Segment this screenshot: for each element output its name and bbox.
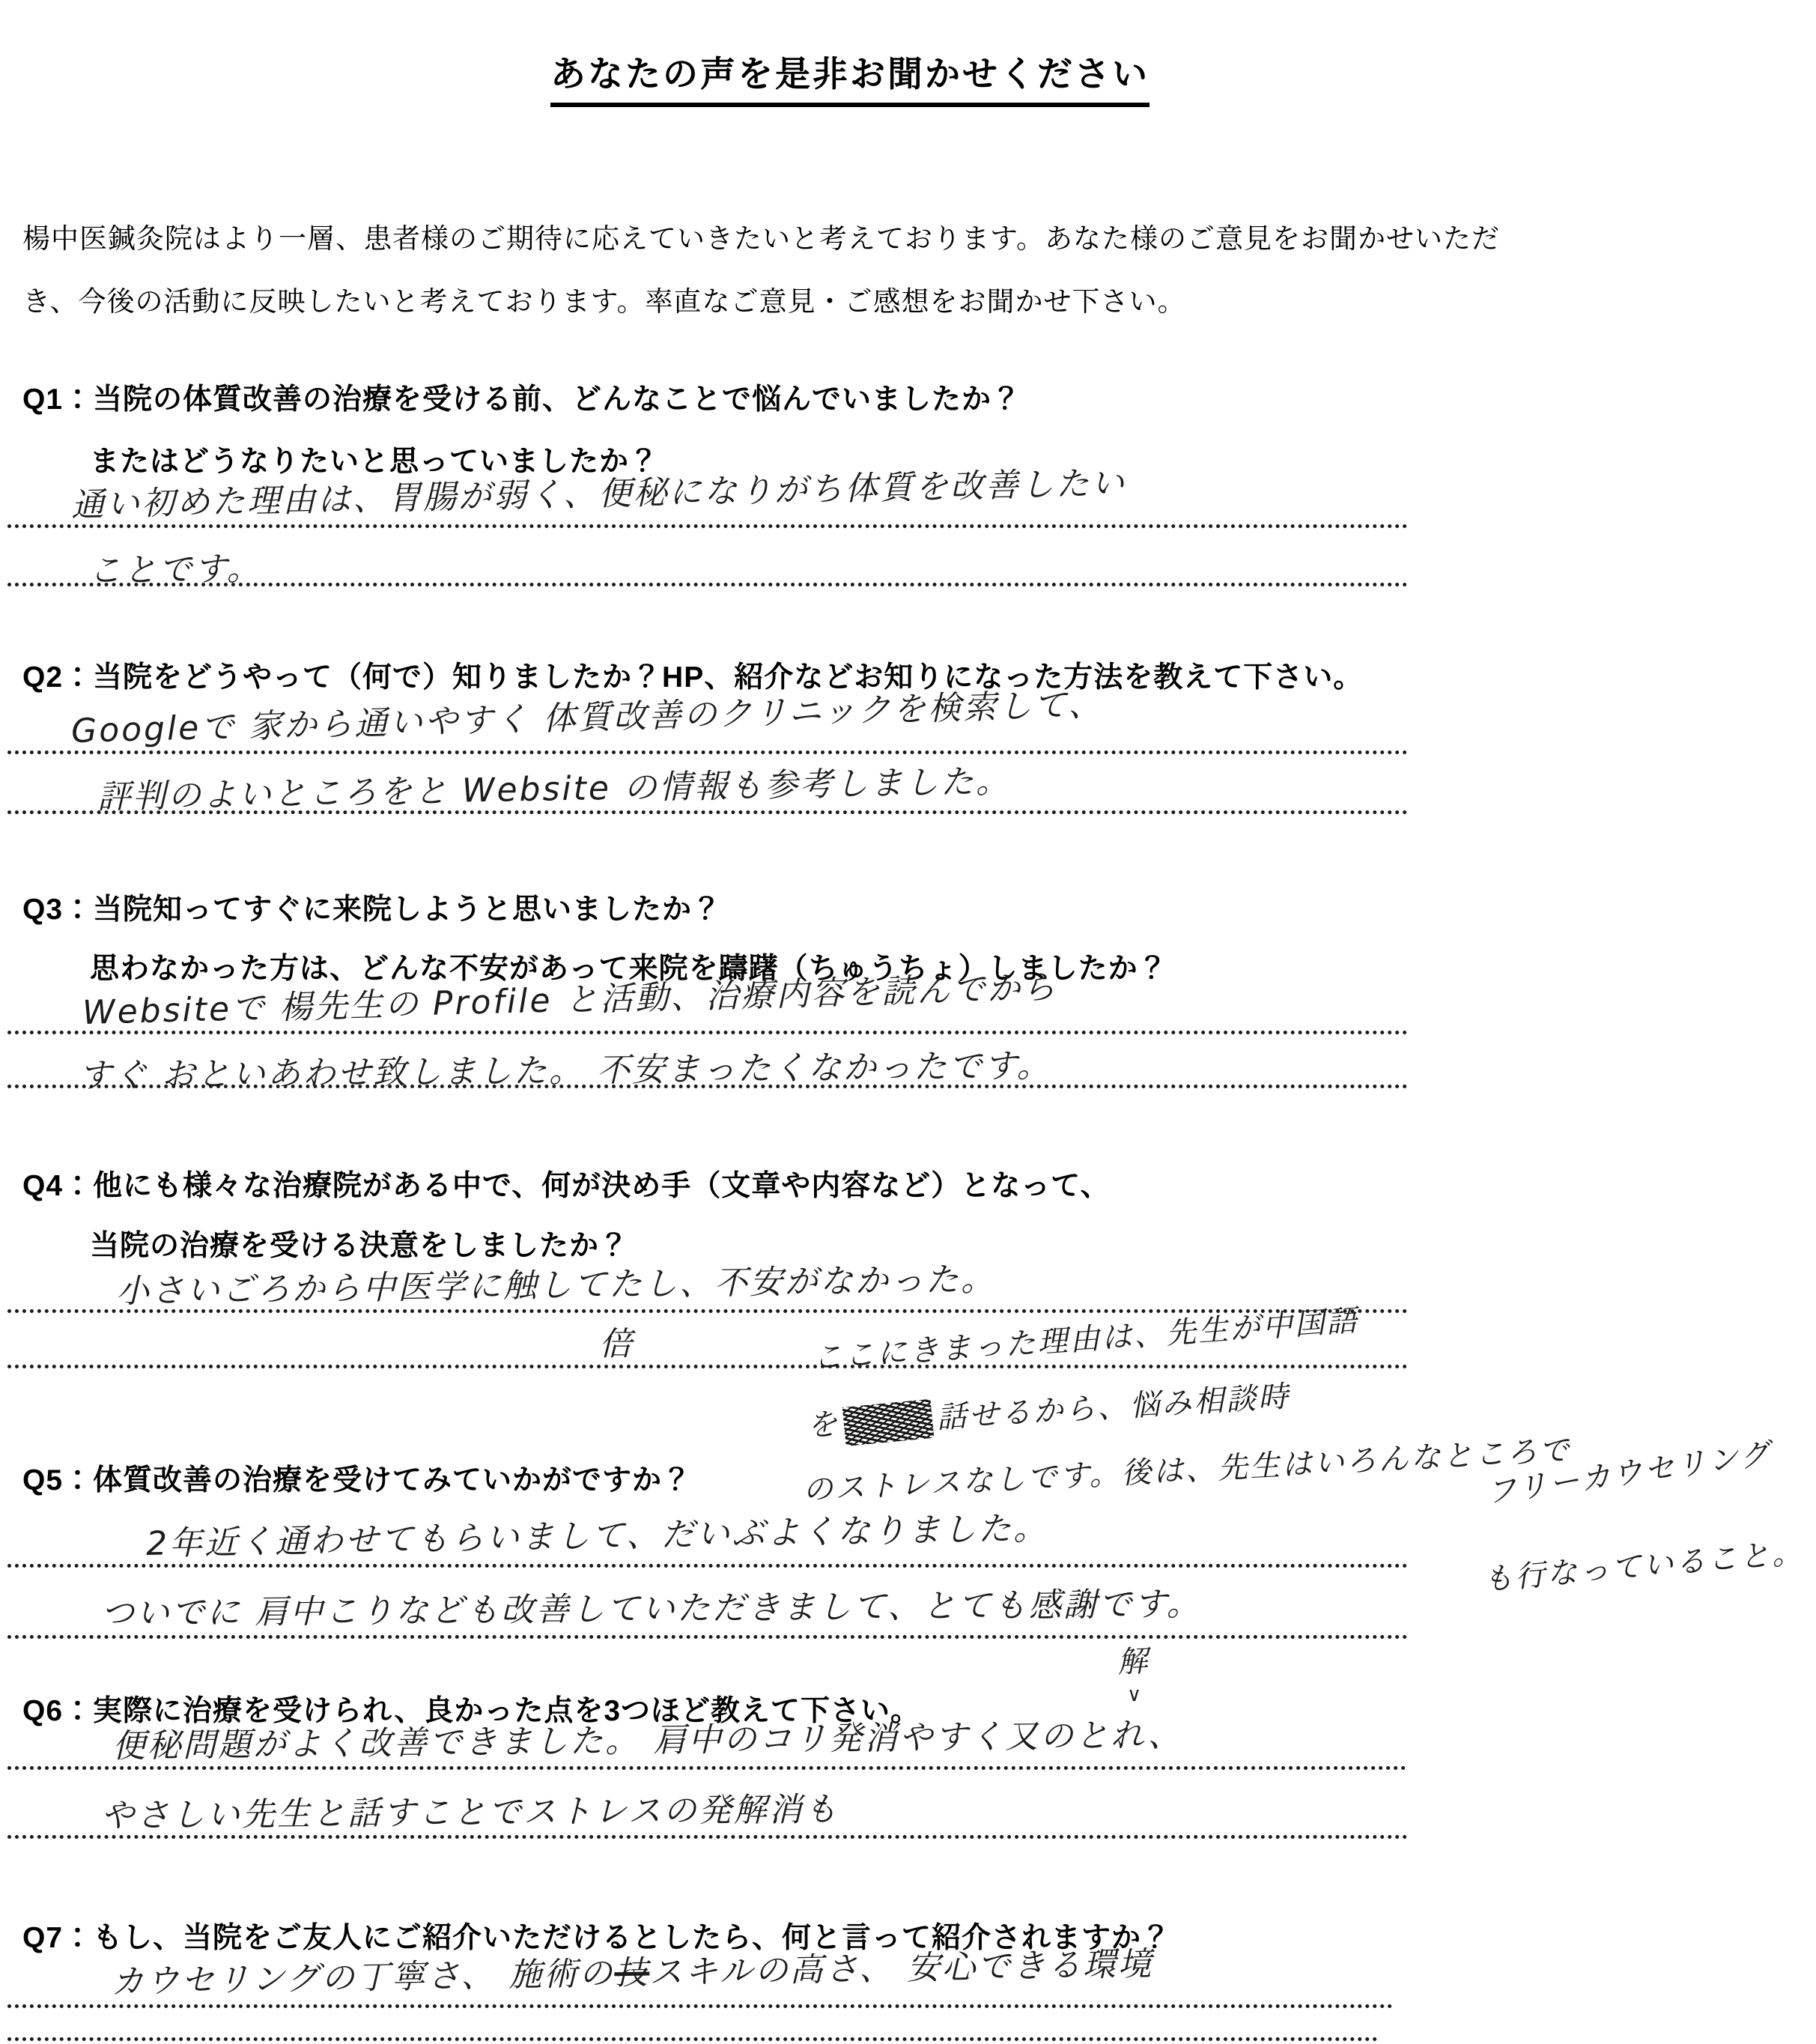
q3-text: 当院知ってすぐに来院しようと思いましたか？ — [93, 894, 722, 926]
q3-heading-line1: Q3：当院知ってすぐに来院しようと思いましたか？ — [22, 886, 722, 928]
margin-note-line2-prefix: を — [807, 1407, 841, 1443]
q6-number: Q6： — [22, 1695, 93, 1727]
q5-heading-line1: Q5：体質改善の治療を受けてみていかがですか？ — [22, 1457, 692, 1499]
q6-answer-line1: 便秘問題がよく改善できました。 肩中のコリ発消やすく又のとれ、 — [112, 1708, 1183, 1767]
answer-dotted-line — [7, 810, 1408, 814]
q5-answer-line1: 2年近く通わせてもらいまして、だいぶよくなりました。 — [145, 1501, 1048, 1565]
q3-number: Q3： — [22, 894, 93, 926]
answer-dotted-line — [7, 2037, 1378, 2041]
margin-note-line2: を話せるから、悩み相談時 — [806, 1373, 1291, 1447]
scanned-questionnaire-page: あなたの声を是非お聞かせください 楊中医鍼灸院はより一層、患者様のご期待に応えて… — [0, 0, 1816, 2044]
intro-line-1: 楊中医鍼灸院はより一層、患者様のご期待に応えていきたいと考えております。あなた様… — [22, 216, 1500, 256]
answer-dotted-line — [7, 1635, 1408, 1639]
q2-answer-line2: 評判のよいところをと Website の情報も参考しました。 — [97, 754, 1011, 818]
q1-text: 当院の体質改善の治療を受ける前、どんなことで悩んでいましたか？ — [93, 383, 1021, 416]
margin-note-line2-text: 話せるから、悩み相談時 — [935, 1380, 1291, 1436]
answer-dotted-line — [7, 524, 1408, 528]
scribble-mark — [842, 1399, 934, 1446]
answer-dotted-line — [7, 1085, 1408, 1088]
margin-note-line5: も行なっていること。 — [1481, 1529, 1806, 1599]
q4-text: 他にも様々な治療院がある中で、何が決め手（文章や内容など）となって、 — [93, 1170, 1110, 1202]
q5-number: Q5： — [22, 1464, 93, 1496]
answer-dotted-line — [7, 1365, 1408, 1368]
answer-dotted-line — [7, 1031, 1408, 1034]
answer-dotted-line — [7, 750, 1408, 754]
form-title: あなたの声を是非お聞かせください — [550, 46, 1150, 107]
q5-text: 体質改善の治療を受けてみていかがですか？ — [93, 1464, 692, 1496]
q4-number: Q4： — [22, 1170, 93, 1202]
answer-dotted-line — [7, 1766, 1406, 1770]
q7-answer-pre: カウセリングの丁寧さ、 施術の — [111, 1954, 615, 2001]
q6-superscript-correction: 解 — [1117, 1637, 1151, 1681]
q4-insertion-mark: 倍 — [599, 1317, 634, 1365]
answer-dotted-line — [7, 1564, 1408, 1568]
q1-heading-line1: Q1：当院の体質改善の治療を受ける前、どんなことで悩んでいましたか？ — [22, 376, 1021, 418]
answer-dotted-line — [7, 583, 1408, 586]
q7-answer-post: スキルの高さ、 安心できる環境 — [649, 1945, 1154, 1992]
q4-heading-line1: Q4：他にも様々な治療院がある中で、何が決め手（文章や内容など）となって、 — [22, 1162, 1110, 1204]
q7-struck-char: 技 — [614, 1953, 650, 1992]
intro-line-2: き、今後の活動に反映したいと考えております。率直なご意見・ご感想をお聞かせ下さい… — [22, 279, 1186, 319]
q2-number: Q2： — [22, 661, 93, 694]
q1-number: Q1： — [22, 383, 93, 416]
q7-number: Q7： — [22, 1922, 93, 1954]
q5-answer-line2: ついでに 肩中こりなども改善していただきまして、とても感謝です。 — [101, 1577, 1202, 1634]
answer-dotted-line — [7, 2004, 1393, 2008]
answer-dotted-line — [7, 1835, 1408, 1839]
q6-answer-line2: やさしい先生と話すことでストレスの発解消も — [101, 1782, 839, 1837]
q6-insertion-caret: ∨ — [1127, 1684, 1144, 1706]
